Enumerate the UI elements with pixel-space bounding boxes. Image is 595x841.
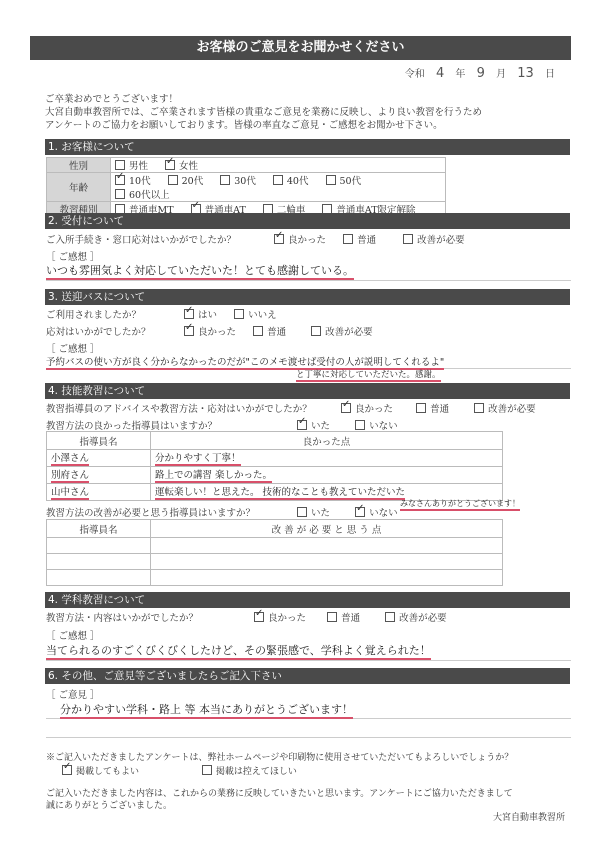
- checkbox-icon[interactable]: [273, 175, 283, 185]
- option-good[interactable]: 良かった: [274, 232, 326, 246]
- instructor-name-cell[interactable]: [47, 570, 151, 586]
- instructor-name-cell[interactable]: 小澤さん: [47, 450, 151, 467]
- handwritten-comment: いつも雰囲気よく対応していただいた！とても感謝している。: [46, 262, 354, 280]
- date-day-label: 日: [545, 69, 555, 80]
- handwritten-name: 山中さん: [51, 484, 89, 500]
- option-40s[interactable]: 40代: [273, 173, 309, 187]
- question-text: ご利用されましたか？: [46, 307, 181, 321]
- checkbox-icon[interactable]: [297, 507, 307, 517]
- option-label: 20代: [182, 176, 204, 187]
- checkbox-checked-icon[interactable]: [254, 612, 264, 622]
- option-needs-improvement[interactable]: 改善が必要: [385, 610, 447, 624]
- form-title: お客様のご意見をお聞かせください: [30, 36, 571, 60]
- date-year[interactable]: 4: [436, 66, 444, 81]
- other-comment-field-2[interactable]: [46, 719, 571, 738]
- checkbox-checked-icon[interactable]: [62, 765, 72, 775]
- section-header-academic: 4. 学科教習について: [45, 592, 570, 608]
- checkbox-icon[interactable]: [168, 175, 178, 185]
- option-label: 良かった: [198, 327, 236, 338]
- reception-comment-field[interactable]: いつも雰囲気よく対応していただいた！とても感謝している。: [46, 262, 571, 281]
- option-allow[interactable]: 掲載してもよい: [62, 765, 139, 778]
- option-no[interactable]: いいえ: [234, 307, 277, 321]
- option-label: 改善が必要: [488, 404, 536, 415]
- option-label: いない: [369, 508, 398, 519]
- column-header: 指導員名: [47, 520, 151, 538]
- question-text: 教習方法の良かった指導員はいますか？: [46, 418, 294, 432]
- option-label: はい: [198, 310, 217, 321]
- option-good[interactable]: 良かった: [341, 401, 393, 415]
- date-day[interactable]: 13: [517, 66, 534, 81]
- consent-question: ※ご記入いただきましたアンケートは、弊社ホームページや印刷物に使用させていただい…: [46, 752, 513, 764]
- other-comment-field[interactable]: 分かりやすい学科・路上 等 本当にありがとうございます！: [46, 701, 571, 719]
- checkbox-icon[interactable]: [416, 403, 426, 413]
- bus-service-row: 応対はいかがでしたか？ 良かった 普通 改善が必要: [46, 324, 387, 338]
- reception-question-row: ご入所手続き・窓口応対はいかがでしたか？ 良かった 普通 改善が必要: [46, 232, 479, 246]
- intro-text: ご卒業おめでとうございます！ 大宮自動車教習所では、ご卒業されます皆様の貴重なご…: [45, 93, 482, 132]
- option-normal[interactable]: 普通: [253, 324, 286, 338]
- skill-advice-row: 教習指導員のアドバイスや教習方法・応対はいかがでしたか？ 良かった 普通 改善が…: [46, 401, 550, 415]
- date-month[interactable]: 9: [477, 66, 485, 81]
- intro-line: 大宮自動車教習所では、ご卒業されます皆様の貴重なご意見を業務に反映し、より良い教…: [45, 106, 482, 119]
- checkbox-icon[interactable]: [474, 403, 484, 413]
- consent-options: 掲載してもよい 掲載は控えてほしい: [62, 765, 311, 778]
- option-60s-plus[interactable]: 60代以上: [115, 187, 170, 201]
- question-text: ご入所手続き・窓口応対はいかがでしたか？: [46, 232, 271, 246]
- option-label: いいえ: [248, 310, 277, 321]
- row-gender: 性別 男性 女性: [47, 158, 446, 173]
- bus-comment-field[interactable]: 予約バスの使い方が良く分からなかったのだが"このメモ渡せば受付の人が説明してくれ…: [46, 354, 571, 369]
- academic-question-row: 教習方法・内容はいかがでしたか？ 良かった 普通 改善が必要: [46, 610, 461, 624]
- table-row: [47, 570, 503, 586]
- option-label: 改善が必要: [417, 235, 465, 246]
- date-year-label: 年: [455, 69, 465, 80]
- checkbox-icon[interactable]: [202, 765, 212, 775]
- option-needs-improvement[interactable]: 改善が必要: [403, 232, 465, 246]
- column-header: 改 善 が 必 要 と 思 う 点: [151, 520, 503, 538]
- option-decline[interactable]: 掲載は控えてほしい: [202, 765, 297, 778]
- handwritten-note: みなさんありがとうございます！: [400, 498, 520, 511]
- option-label: 良かった: [268, 613, 306, 624]
- organization-name: 大宮自動車教習所: [493, 812, 565, 824]
- question-text: 応対はいかがでしたか？: [46, 324, 181, 338]
- option-good[interactable]: 良かった: [254, 610, 306, 624]
- instructor-name-cell[interactable]: [47, 538, 151, 554]
- option-male[interactable]: 男性: [115, 158, 148, 172]
- table-header-row: 指導員名 改 善 が 必 要 と 思 う 点: [47, 520, 503, 538]
- comment-label: ［ ご感想 ］: [46, 628, 100, 642]
- instructor-name-cell[interactable]: 山中さん: [47, 484, 151, 501]
- checkbox-checked-icon[interactable]: [297, 420, 307, 430]
- form-date: 令和 4 年 9 月 13 日: [405, 65, 555, 81]
- good-instructor-table: 指導員名 良かった点 小澤さん 分かりやすく丁寧！ 別府さん 路上での講習 楽し…: [46, 431, 503, 501]
- intro-line: ご卒業おめでとうございます！: [45, 93, 482, 106]
- thanks-line: ご記入いただきました内容は、これからの業務に反映していきたいと思います。アンケー…: [46, 788, 513, 800]
- option-label: 男性: [129, 161, 148, 172]
- option-label: 40代: [287, 176, 309, 187]
- option-label: 普通: [267, 327, 286, 338]
- option-label: 掲載は控えてほしい: [216, 767, 297, 777]
- checkbox-icon[interactable]: [220, 175, 230, 185]
- section-header-other: 6. その他、ご意見等ございましたらご記入下さい: [45, 668, 570, 684]
- comment-label: ［ ご意見 ］: [46, 687, 100, 701]
- academic-comment-field[interactable]: 当てられるのすごくびくびくしたけど、その緊張感で、学科よく覚えられた！: [46, 642, 571, 661]
- option-yes[interactable]: はい: [184, 307, 217, 321]
- handwritten-point: 運転楽しい！と思えた。 技術的なことも教えていただいた: [155, 484, 405, 500]
- option-label: 良かった: [355, 404, 393, 415]
- question-text: 教習方法の改善が必要と思う指導員はいますか？: [46, 505, 294, 519]
- intro-line: アンケートのご協力をお願いしております。皆様の率直なご意見・ご感想をお聞かせ下さ…: [45, 119, 482, 132]
- bus-comment-field-2[interactable]: と丁寧に対応していただいた。感謝。: [46, 368, 571, 379]
- section-header-skill: 4. 技能教習について: [45, 383, 570, 399]
- improvement-point-cell[interactable]: [151, 570, 503, 586]
- option-label: 普通: [341, 613, 360, 624]
- option-yes[interactable]: いた: [297, 418, 330, 432]
- option-no[interactable]: いない: [355, 418, 398, 432]
- option-label: 普通: [430, 404, 449, 415]
- date-month-label: 月: [496, 69, 506, 80]
- option-label: 掲載してもよい: [76, 767, 139, 777]
- date-era: 令和: [405, 69, 425, 80]
- comment-label: ［ ご感想 ］: [46, 341, 100, 355]
- thanks-text: ご記入いただきました内容は、これからの業務に反映していきたいと思います。アンケー…: [46, 788, 513, 812]
- section-header-customer: 1. お客様について: [45, 139, 570, 155]
- checkbox-checked-icon[interactable]: [355, 507, 365, 517]
- option-10s[interactable]: 10代: [115, 173, 151, 187]
- option-label: 10代: [129, 176, 151, 187]
- option-label: いた: [311, 508, 330, 519]
- checkbox-icon[interactable]: [385, 612, 395, 622]
- option-30s[interactable]: 30代: [220, 173, 256, 187]
- option-label: 良かった: [288, 235, 326, 246]
- section-header-reception: 2. 受付について: [45, 213, 570, 229]
- instructor-name-cell[interactable]: [47, 554, 151, 570]
- instructor-name-cell[interactable]: 別府さん: [47, 467, 151, 484]
- checkbox-checked-icon[interactable]: [341, 403, 351, 413]
- option-label: 30代: [234, 176, 256, 187]
- bus-usage-row: ご利用されましたか？ はい いいえ: [46, 307, 291, 321]
- table-row: 小澤さん 分かりやすく丁寧！: [47, 450, 503, 467]
- table-row: [47, 554, 503, 570]
- checkbox-checked-icon[interactable]: [274, 234, 284, 244]
- note-text: みなさんありがとうございます！: [400, 498, 520, 511]
- option-label: 女性: [179, 161, 198, 172]
- comment-label: ［ ご感想 ］: [46, 249, 100, 263]
- question-text: 教習指導員のアドバイスや教習方法・応対はいかがでしたか？: [46, 401, 338, 415]
- option-normal[interactable]: 普通: [343, 232, 376, 246]
- checkbox-icon[interactable]: [115, 160, 125, 170]
- option-needs-improvement[interactable]: 改善が必要: [474, 401, 536, 415]
- option-female[interactable]: 女性: [165, 158, 198, 172]
- checkbox-checked-icon[interactable]: [165, 160, 175, 170]
- checkbox-checked-icon[interactable]: [184, 326, 194, 336]
- thanks-line: 誠にありがとうございました。: [46, 800, 513, 812]
- customer-info-table: 性別 男性 女性 年齢 10代 20代 30代 40代 50代 60代以上 教習…: [46, 157, 446, 217]
- column-header: 良かった点: [151, 432, 503, 450]
- checkbox-icon[interactable]: [234, 309, 244, 319]
- section-header-bus: 3. 送迎バスについて: [45, 289, 570, 305]
- handwritten-comment: と丁寧に対応していただいた。感謝。: [296, 368, 441, 382]
- option-label: 50代: [340, 176, 362, 187]
- good-instructor-row: 教習方法の良かった指導員はいますか？ いた いない: [46, 418, 412, 432]
- improvement-point-cell[interactable]: [151, 538, 503, 554]
- checkbox-icon[interactable]: [326, 175, 336, 185]
- checkbox-icon[interactable]: [115, 189, 125, 199]
- option-needs-improvement[interactable]: 改善が必要: [311, 324, 373, 338]
- option-no[interactable]: いない: [355, 505, 398, 519]
- checkbox-icon[interactable]: [327, 612, 337, 622]
- handwritten-point: 分かりやすく丁寧！: [155, 450, 241, 466]
- checkbox-checked-icon[interactable]: [184, 309, 194, 319]
- option-label: 60代以上: [129, 190, 170, 201]
- handwritten-name: 小澤さん: [51, 450, 89, 466]
- option-yes[interactable]: いた: [297, 505, 330, 519]
- option-normal[interactable]: 普通: [327, 610, 360, 624]
- checkbox-icon[interactable]: [403, 234, 413, 244]
- checkbox-icon[interactable]: [343, 234, 353, 244]
- option-label: 改善が必要: [325, 327, 373, 338]
- gender-label: 性別: [47, 158, 111, 173]
- good-point-cell[interactable]: 路上での講習 楽しかった。: [151, 467, 503, 484]
- table-header-row: 指導員名 良かった点: [47, 432, 503, 450]
- good-point-cell[interactable]: 分かりやすく丁寧！: [151, 450, 503, 467]
- improvement-point-cell[interactable]: [151, 554, 503, 570]
- question-text: 教習方法・内容はいかがでしたか？: [46, 610, 251, 624]
- option-label: 改善が必要: [399, 613, 447, 624]
- handwritten-point: 路上での講習 楽しかった。: [155, 467, 272, 483]
- checkbox-checked-icon[interactable]: [115, 175, 125, 185]
- age-label: 年齢: [47, 173, 111, 202]
- improve-instructor-table: 指導員名 改 善 が 必 要 と 思 う 点: [46, 519, 503, 586]
- option-50s[interactable]: 50代: [326, 173, 362, 187]
- option-normal[interactable]: 普通: [416, 401, 449, 415]
- column-header: 指導員名: [47, 432, 151, 450]
- checkbox-icon[interactable]: [311, 326, 321, 336]
- handwritten-name: 別府さん: [51, 467, 89, 483]
- option-label: 普通: [357, 235, 376, 246]
- option-good[interactable]: 良かった: [184, 324, 236, 338]
- handwritten-comment: 分かりやすい学科・路上 等 本当にありがとうございます！: [60, 701, 353, 719]
- table-row: 別府さん 路上での講習 楽しかった。: [47, 467, 503, 484]
- checkbox-icon[interactable]: [253, 326, 263, 336]
- row-age: 年齢 10代 20代 30代 40代 50代 60代以上: [47, 173, 446, 202]
- handwritten-comment: 当てられるのすごくびくびくしたけど、その緊張感で、学科よく覚えられた！: [46, 642, 431, 660]
- improve-instructor-row: 教習方法の改善が必要と思う指導員はいますか？ いた いない: [46, 505, 402, 519]
- checkbox-icon[interactable]: [355, 420, 365, 430]
- table-row: [47, 538, 503, 554]
- option-20s[interactable]: 20代: [168, 173, 204, 187]
